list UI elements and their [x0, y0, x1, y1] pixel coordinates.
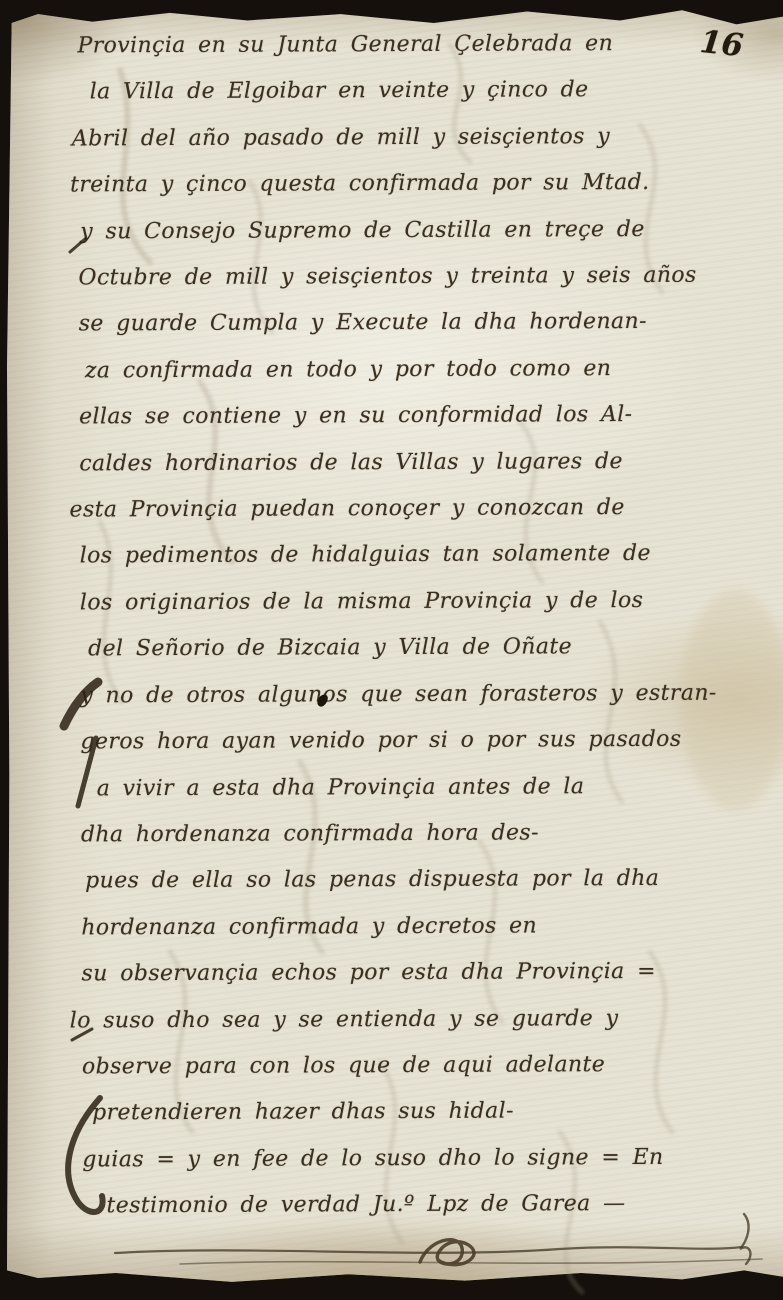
manuscript-line: se guarde Cumpla y Execute la dha horden…	[79, 299, 729, 348]
manuscript-line: pretendieren hazer dhas sus hidal-	[92, 1088, 732, 1137]
manuscript-line: hordenanza confirmada y decretos en	[81, 902, 731, 951]
manuscript-line: geros hora ayan venido por si o por sus …	[80, 717, 730, 766]
manuscript-line: del Señorio de Bizcaia y Villa de Oñate	[88, 624, 730, 673]
manuscript-line: pues de ella so las penas dispuesta por …	[85, 856, 731, 905]
manuscript-line: y su Consejo Supremo de Castilla en treç…	[80, 206, 728, 255]
manuscript-line: la Villa de Elgoibar en veinte y çinco d…	[90, 67, 728, 116]
manuscript-line: y no de otros algunos que sean forastero…	[80, 670, 730, 719]
scanned-page-background: 16 Provinçia en su Junta General Çelebra…	[0, 0, 783, 1300]
manuscript-line: Abril del año pasado de mill y seisçient…	[72, 113, 728, 162]
manuscript-line: caldes hordinarios de las Villas y lugar…	[79, 438, 729, 487]
manuscript-line: los originarios de la misma Provinçia y …	[80, 577, 730, 626]
manuscript-line: Octubre de mill y seisçientos y treinta …	[78, 253, 728, 302]
manuscript-line: los pedimentos de hidalguias tan solamen…	[80, 531, 730, 580]
manuscript-line: Provinçia en su Junta General Çelebrada …	[77, 21, 727, 70]
manuscript-text: Provinçia en su Junta General Çelebrada …	[77, 21, 732, 1230]
manuscript-line: a vivir a esta dha Provinçia antes de la	[97, 763, 731, 812]
manuscript-line: testimonio de verdad Ju.º Lpz de Garea —	[106, 1181, 732, 1230]
manuscript-line: dha hordenanza confirmada hora des-	[81, 809, 731, 858]
manuscript-line: za confirmada en todo y por todo como en	[85, 345, 729, 394]
manuscript-line: lo suso dho sea y se entienda y se guard…	[70, 995, 732, 1044]
manuscript-line: esta Provinçia puedan conoçer y conozcan…	[69, 485, 729, 534]
manuscript-line: observe para con los que de aqui adelant…	[82, 1042, 732, 1091]
manuscript-line: su observançia echos por esta dha Provin…	[81, 949, 731, 998]
manuscript-line: ellas se contiene y en su conformidad lo…	[79, 392, 729, 441]
manuscript-line: treinta y çinco questa confirmada por su…	[70, 160, 728, 209]
manuscript-line: guias = y en fee de lo suso dho lo signe…	[82, 1134, 732, 1183]
